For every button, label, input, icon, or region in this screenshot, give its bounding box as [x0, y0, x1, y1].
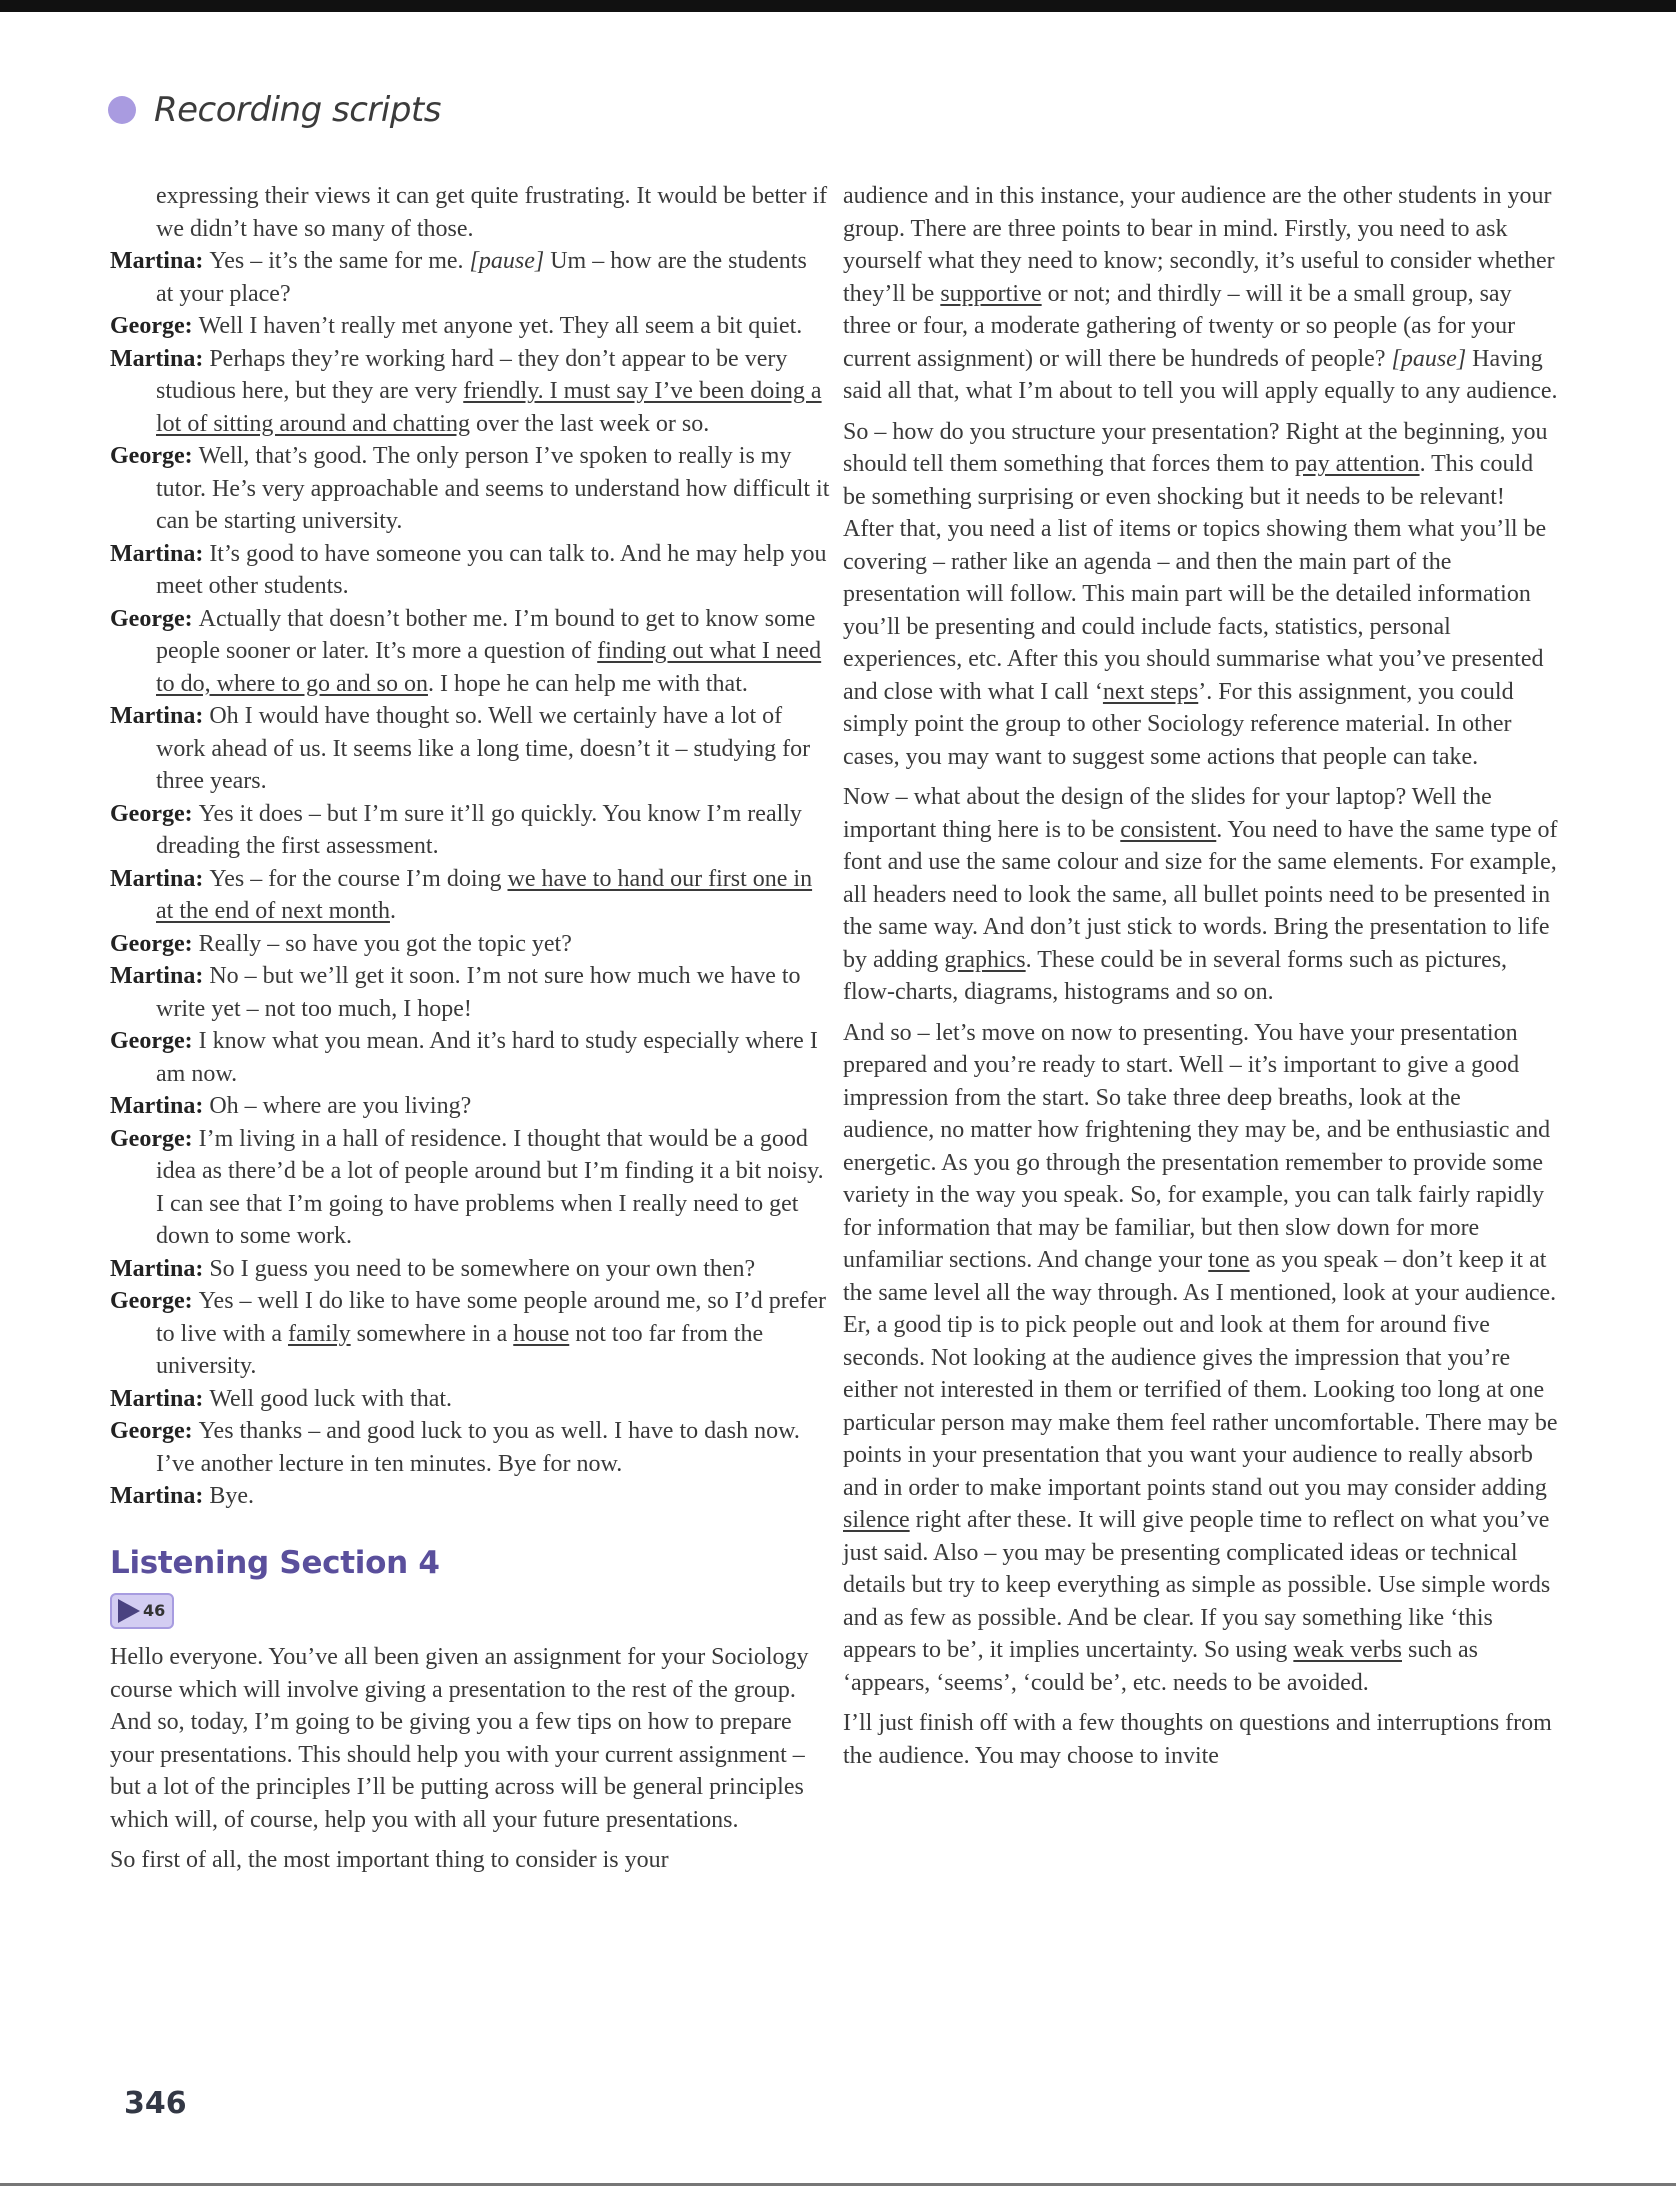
- underlined-answer: family: [288, 1321, 351, 1347]
- speaker-name: George:: [110, 1126, 199, 1152]
- dialogue-turn: George: Actually that doesn’t bother me.…: [110, 603, 830, 701]
- underlined-answer: silence: [843, 1507, 910, 1533]
- speaker-name: Martina:: [110, 703, 209, 729]
- dialogue-turn: Martina: So I guess you need to be somew…: [110, 1253, 830, 1286]
- dialogue-list: Martina: Yes – it’s the same for me. [pa…: [110, 245, 830, 1513]
- underlined-answer: consistent: [1120, 817, 1216, 843]
- text-run: Yes – it’s the same for me.: [209, 248, 469, 274]
- text-run: Bye.: [209, 1483, 254, 1509]
- text-run: I’m living in a hall of residence. I tho…: [156, 1126, 824, 1250]
- page-header: Recording scripts: [108, 90, 441, 130]
- underlined-answer: weak verbs: [1293, 1637, 1402, 1663]
- dialogue-turn: Martina: Oh I would have thought so. Wel…: [110, 700, 830, 798]
- paragraph: So first of all, the most important thin…: [110, 1844, 830, 1877]
- dialogue-turn: George: Well I haven’t really met anyone…: [110, 310, 830, 343]
- text-run: Oh I would have thought so. Well we cert…: [156, 703, 810, 794]
- speaker-name: George:: [110, 443, 199, 469]
- stage-direction: [pause]: [470, 248, 545, 274]
- text-run: Yes it does – but I’m sure it’ll go quic…: [156, 801, 802, 860]
- text-run: Oh – where are you living?: [209, 1093, 471, 1119]
- paragraph: So – how do you structure your presentat…: [843, 416, 1558, 774]
- text-run: over the last week or so.: [470, 411, 709, 437]
- dialogue-turn: Martina: Well good luck with that.: [110, 1383, 830, 1416]
- underlined-answer: graphics: [944, 947, 1025, 973]
- text-run: I’ll just finish off with a few thoughts…: [843, 1710, 1552, 1769]
- text-run: Well I haven’t really met anyone yet. Th…: [199, 313, 803, 339]
- bullet-dot-icon: [108, 96, 136, 124]
- section-heading: Listening Section 4: [110, 1547, 830, 1580]
- speaker-name: George:: [110, 1028, 199, 1054]
- dialogue-turn: Martina: Perhaps they’re working hard – …: [110, 343, 830, 441]
- dialogue-turn: Martina: Yes – for the course I’m doing …: [110, 863, 830, 928]
- underlined-answer: house: [513, 1321, 569, 1347]
- text-run: . This could be something surprising or …: [843, 451, 1546, 705]
- underlined-answer: supportive: [940, 281, 1041, 307]
- speaker-name: Martina:: [110, 1386, 209, 1412]
- speaker-name: Martina:: [110, 1256, 209, 1282]
- speaker-name: Martina:: [110, 541, 209, 567]
- text-run: No – but we’ll get it soon. I’m not sure…: [156, 963, 801, 1022]
- dialogue-turn: George: Yes – well I do like to have som…: [110, 1285, 830, 1383]
- text-run: It’s good to have someone you can talk t…: [156, 541, 827, 600]
- right-column-body: audience and in this instance, your audi…: [843, 180, 1558, 1772]
- dialogue-turn: Martina: It’s good to have someone you c…: [110, 538, 830, 603]
- speaker-name: George:: [110, 1288, 199, 1314]
- speaker-name: Martina:: [110, 1483, 209, 1509]
- paragraph: And so – let’s move on now to presenting…: [843, 1017, 1558, 1700]
- speaker-name: George:: [110, 931, 199, 957]
- text-run: as you speak – don’t keep it at the same…: [843, 1247, 1558, 1501]
- underlined-answer: next steps: [1103, 679, 1198, 705]
- text-run: So I guess you need to be somewhere on y…: [209, 1256, 755, 1282]
- dialogue-turn: George: I know what you mean. And it’s h…: [110, 1025, 830, 1090]
- dialogue-turn: George: Really – so have you got the top…: [110, 928, 830, 961]
- text-run: . I hope he can help me with that.: [428, 671, 748, 697]
- dialogue-turn: Martina: Yes – it’s the same for me. [pa…: [110, 245, 830, 310]
- play-icon: [118, 1599, 140, 1623]
- dialogue-turn: George: Well, that’s good. The only pers…: [110, 440, 830, 538]
- audio-track-number: 46: [143, 1595, 165, 1628]
- dialogue-turn: Martina: Bye.: [110, 1480, 830, 1513]
- speaker-name: Martina:: [110, 248, 209, 274]
- text-run: somewhere in a: [351, 1321, 514, 1347]
- text-run: I know what you mean. And it’s hard to s…: [156, 1028, 818, 1087]
- speaker-name: Martina:: [110, 346, 209, 372]
- text-run: Well, that’s good. The only person I’ve …: [156, 443, 829, 534]
- paragraph: Now – what about the design of the slide…: [843, 781, 1558, 1009]
- speaker-name: Martina:: [110, 963, 209, 989]
- text-run: Yes thanks – and good luck to you as wel…: [156, 1418, 800, 1477]
- dialogue-turn: George: I’m living in a hall of residenc…: [110, 1123, 830, 1253]
- speaker-name: Martina:: [110, 866, 209, 892]
- paragraph: Hello everyone. You’ve all been given an…: [110, 1641, 830, 1836]
- speaker-name: George:: [110, 606, 199, 632]
- paragraph: audience and in this instance, your audi…: [843, 180, 1558, 408]
- running-header-title: Recording scripts: [154, 90, 441, 130]
- right-column: audience and in this instance, your audi…: [843, 180, 1558, 1780]
- speaker-name: George:: [110, 801, 199, 827]
- speaker-name: Martina:: [110, 1093, 209, 1119]
- text-run: .: [390, 898, 396, 924]
- text-run: Hello everyone. You’ve all been given an…: [110, 1644, 809, 1833]
- dialogue-turn: Martina: Oh – where are you living?: [110, 1090, 830, 1123]
- text-run: Well good luck with that.: [209, 1386, 452, 1412]
- scan-top-border: [0, 0, 1676, 12]
- dialogue-turn: George: Yes thanks – and good luck to yo…: [110, 1415, 830, 1480]
- speaker-name: George:: [110, 313, 199, 339]
- underlined-answer: tone: [1208, 1247, 1249, 1273]
- left-column: expressing their views it can get quite …: [110, 180, 830, 1885]
- audio-track-button[interactable]: 46: [110, 1593, 174, 1629]
- page-number: 346: [124, 2086, 187, 2121]
- dialogue-continuation: expressing their views it can get quite …: [110, 180, 830, 245]
- underlined-answer: pay attention: [1295, 451, 1420, 477]
- text-run: So first of all, the most important thin…: [110, 1847, 669, 1873]
- text-run: Really – so have you got the topic yet?: [199, 931, 572, 957]
- paragraph: I’ll just finish off with a few thoughts…: [843, 1707, 1558, 1772]
- dialogue-turn: George: Yes it does – but I’m sure it’ll…: [110, 798, 830, 863]
- text-run: Yes – for the course I’m doing: [209, 866, 507, 892]
- stage-direction: [pause]: [1391, 346, 1466, 372]
- dialogue-turn: Martina: No – but we’ll get it soon. I’m…: [110, 960, 830, 1025]
- text-run: And so – let’s move on now to presenting…: [843, 1020, 1550, 1274]
- section-body: Hello everyone. You’ve all been given an…: [110, 1641, 830, 1877]
- speaker-name: George:: [110, 1418, 199, 1444]
